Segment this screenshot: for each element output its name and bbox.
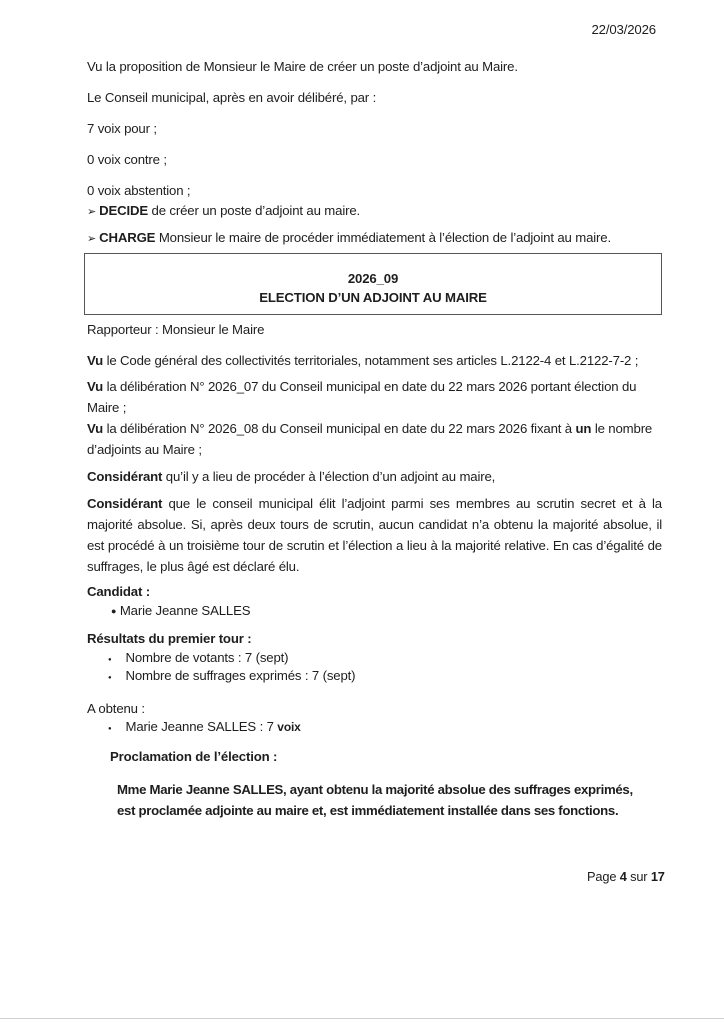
proclamation-heading: Proclamation de l’élection : <box>110 749 277 764</box>
total-pages: 17 <box>651 869 665 884</box>
vu-keyword: Vu <box>87 421 103 436</box>
decision-charge: ➢CHARGE Monsieur le maire de procéder im… <box>87 230 611 245</box>
considerant-text: que le conseil municipal élit l’adjoint … <box>87 496 662 574</box>
candidat-heading: Candidat : <box>87 584 150 599</box>
resultat-item: ●Nombre de suffrages exprimés : 7 (sept) <box>108 668 355 683</box>
vu-text: le Code général des collectivités territ… <box>103 353 638 368</box>
scan-edge-line <box>0 1018 724 1019</box>
vu-emphasis: un <box>576 421 592 436</box>
arrow-bullet-icon: ➢ <box>87 233 96 245</box>
vu-keyword: Vu <box>87 379 103 394</box>
page-prefix: Page <box>587 869 620 884</box>
decision-keyword: DECIDE <box>99 203 148 218</box>
obtenu-voix: voix <box>277 720 300 734</box>
resultat-votants: Nombre de votants : 7 (sept) <box>125 650 288 665</box>
votes-abstention: 0 voix abstention ; <box>87 183 190 198</box>
vu-text: la délibération N° 2026_08 du Conseil mu… <box>103 421 575 436</box>
bullet-icon: ● <box>108 675 111 681</box>
votes-for: 7 voix pour ; <box>87 121 157 136</box>
proposition-text: Vu la proposition de Monsieur le Maire d… <box>87 59 518 74</box>
section-title-box: 2026_09 ELECTION D’UN ADJOINT AU MAIRE <box>84 253 662 315</box>
decision-keyword: CHARGE <box>99 230 155 245</box>
votes-against: 0 voix contre ; <box>87 152 167 167</box>
resultats-heading: Résultats du premier tour : <box>87 631 251 646</box>
rapporteur: Rapporteur : Monsieur le Maire <box>87 322 264 337</box>
bullet-icon: ● <box>108 726 111 732</box>
obtenu-item: ●Marie Jeanne SALLES : 7 voix <box>108 719 301 734</box>
candidat-item: ● Marie Jeanne SALLES <box>111 603 250 618</box>
decision-text: de créer un poste d’adjoint au maire. <box>148 203 360 218</box>
considerant-keyword: Considérant <box>87 496 162 511</box>
council-text: Le Conseil municipal, après en avoir dél… <box>87 90 376 105</box>
section-title: ELECTION D’UN ADJOINT AU MAIRE <box>85 290 661 305</box>
page-number: Page 4 sur 17 <box>587 869 665 884</box>
vu-deliberation-07: Vu la délibération N° 2026_07 du Conseil… <box>87 376 662 418</box>
proclamation-line-2: est proclamée adjointe au maire et, est … <box>117 803 618 818</box>
candidat-name: Marie Jeanne SALLES <box>120 603 251 618</box>
section-number: 2026_09 <box>85 271 661 286</box>
resultat-item: ●Nombre de votants : 7 (sept) <box>108 650 288 665</box>
bullet-icon: ● <box>111 606 116 616</box>
considerant-text: qu’il y a lieu de procéder à l’élection … <box>162 469 495 484</box>
document-date: 22/03/2026 <box>591 22 656 37</box>
vu-text: la délibération N° 2026_07 du Conseil mu… <box>87 379 636 415</box>
resultat-suffrages: Nombre de suffrages exprimés : 7 (sept) <box>125 668 355 683</box>
vu-deliberation-08: Vu la délibération N° 2026_08 du Conseil… <box>87 418 662 460</box>
bullet-icon: ● <box>108 657 111 663</box>
considerant-2: Considérant que le conseil municipal éli… <box>87 493 662 577</box>
considerant-keyword: Considérant <box>87 469 162 484</box>
obtenu-heading: A obtenu : <box>87 701 145 716</box>
considerant-1: Considérant qu’il y a lieu de procéder à… <box>87 466 662 487</box>
current-page: 4 <box>620 869 627 884</box>
vu-keyword: Vu <box>87 353 103 368</box>
vu-code: Vu le Code général des collectivités ter… <box>87 350 662 371</box>
proclamation-line-1: Mme Marie Jeanne SALLES, ayant obtenu la… <box>117 782 633 797</box>
page-middle: sur <box>627 869 651 884</box>
decision-text: Monsieur le maire de procéder immédiatem… <box>155 230 611 245</box>
decision-decide: ➢DECIDE de créer un poste d’adjoint au m… <box>87 203 360 218</box>
arrow-bullet-icon: ➢ <box>87 206 96 218</box>
obtenu-text: Marie Jeanne SALLES : 7 <box>125 719 277 734</box>
